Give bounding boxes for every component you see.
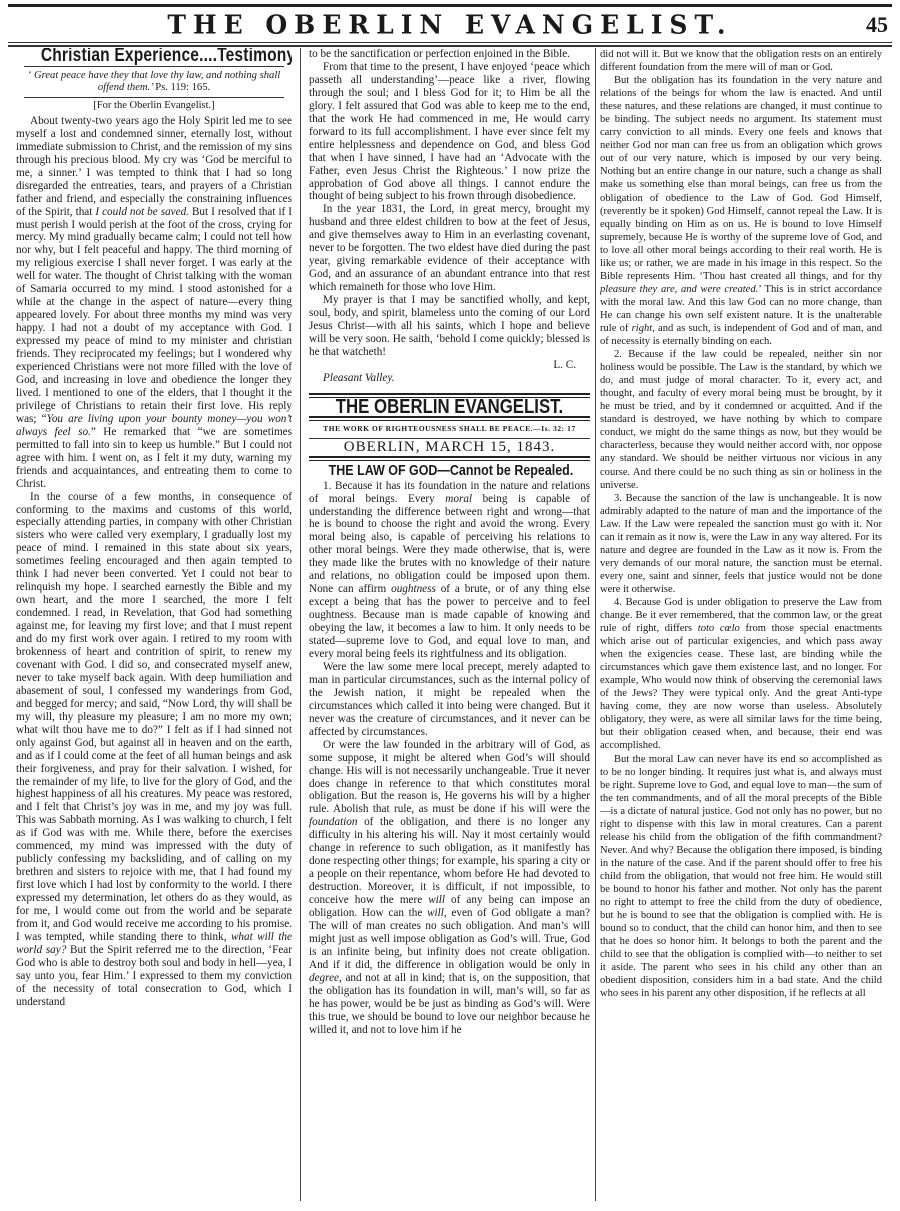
text-run: From that time to the present, I have en… xyxy=(309,61,590,203)
text-run: Were the law some mere local precept, me… xyxy=(309,661,590,738)
paragraph: 1. Because it has its foundation in the … xyxy=(309,480,590,661)
text-run: , and not at all in kind; that is, on th… xyxy=(309,972,590,1036)
italic-text: pleasure they are, and were created. xyxy=(600,284,758,295)
text-run: to be the sanctification or perfection e… xyxy=(309,48,570,60)
text-run: being is capable of understanding the di… xyxy=(309,493,590,596)
page-masthead: THE OBERLIN EVANGELIST. 45 xyxy=(0,10,900,38)
text-run: from those special enactments which aris… xyxy=(600,623,882,751)
paragraph: Were the law some mere local precept, me… xyxy=(309,661,590,739)
masthead-rule xyxy=(8,42,892,47)
italic-text: I could not be saved. xyxy=(95,206,189,218)
text-run: of the obligation, and there is no longe… xyxy=(309,816,590,906)
paragraph: 2. Because if the law could be repealed,… xyxy=(600,348,882,492)
text-run: But the moral Law can never have its end… xyxy=(600,754,882,1000)
article-body-continued: did not will it. But we know that the ob… xyxy=(600,48,882,1000)
paragraph: 3. Because the sanction of the law is un… xyxy=(600,492,882,596)
italic-text: moral xyxy=(445,493,472,505)
divider xyxy=(24,97,284,98)
signature-line: L. C. xyxy=(309,359,590,372)
epigraph: ‘ Great peace have they that love thy la… xyxy=(16,69,292,95)
text-run: did not will it. But we know that the ob… xyxy=(600,49,882,73)
column-divider xyxy=(595,48,596,1201)
epigraph-text: ‘ Great peace have they that love thy la… xyxy=(28,70,280,93)
text-run: 3. Because the sanction of the law is un… xyxy=(600,493,882,595)
article-body: 1. Because it has its foundation in the … xyxy=(309,480,590,1037)
paragraph: In the year 1831, the Lord, in great mer… xyxy=(309,203,590,294)
editorial-motto: THE WORK OF RIGHTEOUSNESS SHALL BE PEACE… xyxy=(309,423,590,436)
text-run: My prayer is that I may be sanctified wh… xyxy=(309,294,590,358)
text-run: But I resolved that if I must perish I w… xyxy=(16,206,292,425)
epigraph-reference: Ps. 119: 165. xyxy=(155,82,210,93)
editorial-masthead: THE OBERLIN EVANGELIST. THE WORK OF RIGH… xyxy=(309,393,590,461)
editorial-title: THE OBERLIN EVANGELIST. xyxy=(331,401,567,414)
article-heading: THE LAW OF GOD—Cannot be Repealed. xyxy=(329,465,571,478)
text-run: Or were the law founded in the arbitrary… xyxy=(309,739,590,816)
column-divider xyxy=(300,48,301,1201)
paragraph: In the course of a few months, in conseq… xyxy=(16,491,292,1009)
dateline: OBERLIN, MARCH 15, 1843. xyxy=(309,441,590,454)
article-credit: [For the Oberlin Evangelist.] xyxy=(16,100,292,113)
italic-text: toto cœlo xyxy=(698,623,740,634)
article-heading: Christian Experience....Testimony. xyxy=(41,50,267,63)
top-border-rule xyxy=(8,4,892,7)
newspaper-title: THE OBERLIN EVANGELIST. xyxy=(167,9,732,39)
italic-text: will xyxy=(428,894,445,906)
divider xyxy=(24,66,284,67)
italic-text: right xyxy=(632,323,653,334)
text-run: But the obligation has its foundation in… xyxy=(600,75,882,282)
text-run: 2. Because if the law could be repealed,… xyxy=(600,349,882,490)
paragraph: to be the sanctification or perfection e… xyxy=(309,48,590,61)
italic-text: will xyxy=(427,907,444,919)
author-location: Pleasant Valley. xyxy=(323,372,590,385)
paragraph: About twenty-two years ago the Holy Spir… xyxy=(16,115,292,491)
column-1: Christian Experience....Testimony. ‘ Gre… xyxy=(16,48,292,1205)
paragraph: But the moral Law can never have its end… xyxy=(600,753,882,1001)
text-run: About twenty-two years ago the Holy Spir… xyxy=(16,115,292,218)
paragraph: did not will it. But we know that the ob… xyxy=(600,48,882,74)
text-run: In the course of a few months, in conseq… xyxy=(16,491,292,943)
paragraph: From that time to the present, I have en… xyxy=(309,61,590,203)
paragraph: Or were the law founded in the arbitrary… xyxy=(309,739,590,1037)
article-body: About twenty-two years ago the Holy Spir… xyxy=(16,115,292,1009)
text-run: In the year 1831, the Lord, in great mer… xyxy=(309,203,590,293)
paragraph: But the obligation has its foundation in… xyxy=(600,74,882,348)
column-3: did not will it. But we know that the ob… xyxy=(600,48,882,1205)
paragraph: My prayer is that I may be sanctified wh… xyxy=(309,294,590,359)
column-2: to be the sanctification or perfection e… xyxy=(309,48,590,1205)
page-number: 45 xyxy=(866,12,888,38)
author-signature: L. C. xyxy=(553,359,576,372)
italic-text: degree xyxy=(309,972,339,984)
article-body-continued: to be the sanctification or perfection e… xyxy=(309,48,590,359)
double-rule xyxy=(309,456,590,461)
italic-text: foundation xyxy=(309,816,357,828)
paragraph: 4. Because God is under obligation to pr… xyxy=(600,596,882,753)
italic-text: oughtness xyxy=(391,583,436,595)
